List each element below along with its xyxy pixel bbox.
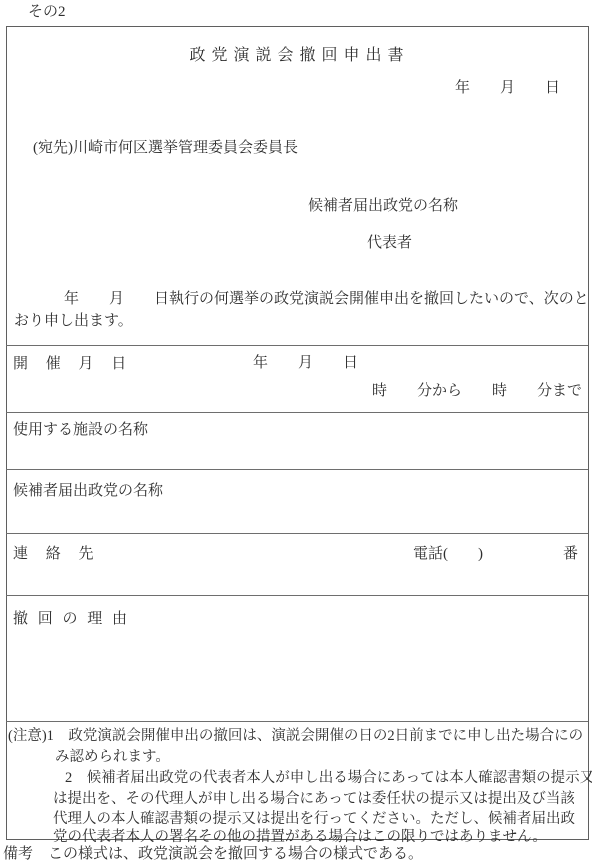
event-date-blank: 年 月 日 bbox=[253, 354, 358, 373]
note-line: 代理人の本人確認書類の提示又は提出を行ってください。ただし、候補者届出政 bbox=[53, 810, 575, 828]
remark-line: 備考 この様式は、政党演説会を撤回する場合の様式である。 bbox=[3, 845, 423, 864]
phone-number-blank: 電話( ) bbox=[413, 545, 483, 564]
note-line: 党の代表者本人の署名その他の措置がある場合はこの限りではありません。 bbox=[53, 828, 547, 846]
form-title: 政 党 演 説 会 撤 回 申 出 書 bbox=[6, 46, 588, 66]
document-page: その2 政 党 演 説 会 撤 回 申 出 書 年 月 日 (宛先)川崎市何区選… bbox=[0, 0, 592, 865]
event-date-row-label: 開 催 月 日 bbox=[13, 355, 133, 374]
form-number-label: その2 bbox=[28, 3, 66, 22]
representative-label: 代表者 bbox=[367, 234, 412, 253]
rule-above-party-row bbox=[6, 469, 588, 470]
party-row-label: 候補者届出政党の名称 bbox=[13, 482, 163, 501]
reason-row-label: 撤 回 の 理 由 bbox=[13, 610, 130, 629]
rule-above-notes bbox=[6, 721, 588, 722]
rule-above-facility-row bbox=[6, 412, 588, 413]
submission-date-blank: 年 月 日 bbox=[455, 79, 560, 98]
declarant-party-name-label: 候補者届出政党の名称 bbox=[308, 197, 458, 216]
event-time-blank: 時 分から 時 分まで bbox=[372, 382, 582, 401]
facility-row-label: 使用する施設の名称 bbox=[13, 421, 148, 440]
note-line: 2 候補者届出政党の代表者本人が申し出る場合にあっては本人確認書類の提示又 bbox=[65, 769, 592, 787]
phone-number-suffix: 番 bbox=[563, 545, 578, 564]
rule-above-event-date-row bbox=[6, 345, 588, 346]
body-paragraph-line1: 年 月 日執行の何選挙の政党演説会開催申出を撤回したいので、次のと bbox=[64, 290, 589, 309]
addressee-line: (宛先)川崎市何区選挙管理委員会委員長 bbox=[33, 139, 298, 158]
note-line: は提出を、その代理人が申し出る場合にあっては委任状の提示又は提出及び当該 bbox=[53, 790, 575, 808]
note-line: (注意)1 政党演説会開催申出の撤回は、演説会開催の日の2日前までに申し出た場合… bbox=[8, 727, 583, 745]
note-line: み認められます。 bbox=[55, 748, 170, 766]
contact-row-label: 連 絡 先 bbox=[13, 545, 101, 564]
rule-above-reason-row bbox=[6, 595, 588, 596]
body-paragraph-line2: おり申し出ます。 bbox=[14, 312, 133, 331]
rule-above-contact-row bbox=[6, 533, 588, 534]
